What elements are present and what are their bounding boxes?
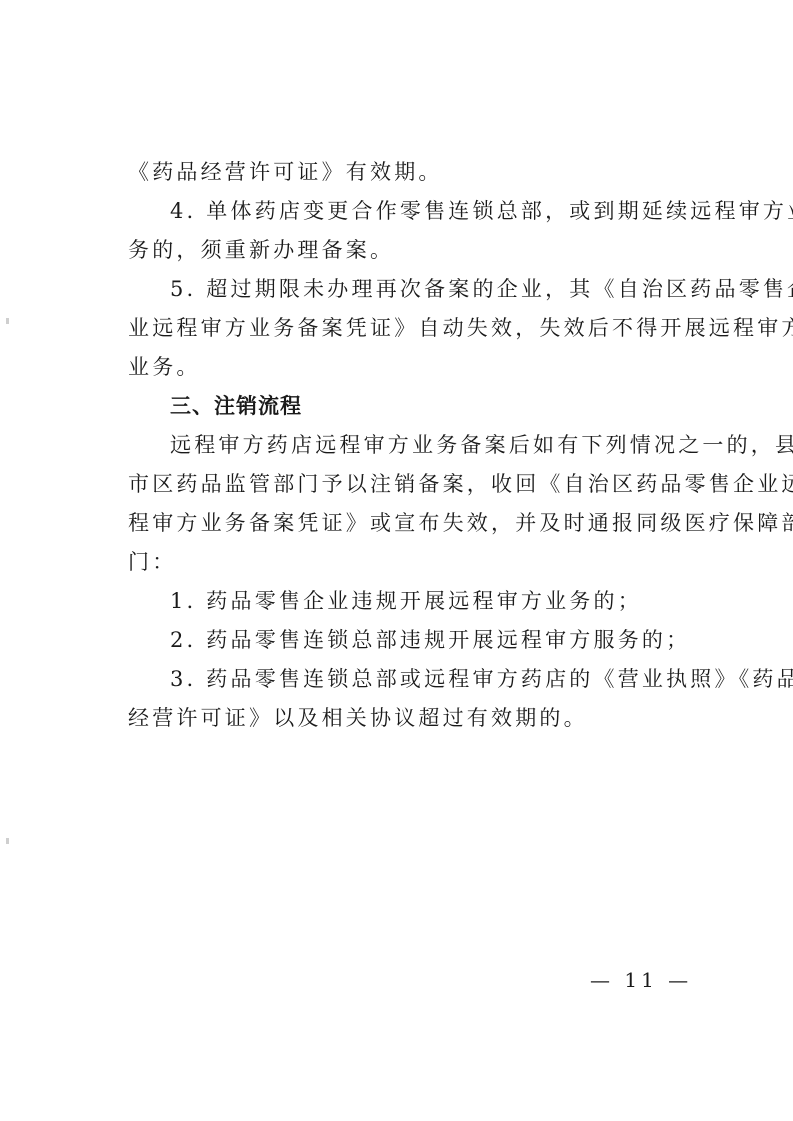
document-page: 《药品经营许可证》有效期。 4. 单体药店变更合作零售连锁总部，或到期延续远程审… <box>0 0 793 1121</box>
list-item-4: 4. 单体药店变更合作零售连锁总部，或到期延续远程审方业 <box>170 193 730 229</box>
page-number: — 11 — <box>590 968 692 992</box>
list-item-2: 2. 药品零售连锁总部违规开展远程审方服务的； <box>170 622 730 658</box>
paragraph-line: 程审方业务备案凭证》或宣布失效，并及时通报同级医疗保障部 <box>128 505 688 541</box>
paragraph-line: 门： <box>128 544 688 580</box>
scan-mark <box>6 318 9 324</box>
paragraph-line: 经营许可证》以及相关协议超过有效期的。 <box>128 700 688 736</box>
paragraph-line: 远程审方药店远程审方业务备案后如有下列情况之一的，县 <box>170 427 730 463</box>
scan-mark <box>6 838 9 844</box>
list-item-3: 3. 药品零售连锁总部或远程审方药店的《营业执照》《药品 <box>170 661 730 697</box>
section-heading: 三、注销流程 <box>170 388 730 424</box>
paragraph-line: 务的，须重新办理备案。 <box>128 232 688 268</box>
list-item-1: 1. 药品零售企业违规开展远程审方业务的； <box>170 583 730 619</box>
list-item-5: 5. 超过期限未办理再次备案的企业，其《自治区药品零售企 <box>170 271 730 307</box>
paragraph-line: 《药品经营许可证》有效期。 <box>128 154 688 190</box>
paragraph-line: 市区药品监管部门予以注销备案，收回《自治区药品零售企业远 <box>128 466 688 502</box>
paragraph-line: 业远程审方业务备案凭证》自动失效，失效后不得开展远程审方 <box>128 310 688 346</box>
paragraph-line: 业务。 <box>128 349 688 385</box>
